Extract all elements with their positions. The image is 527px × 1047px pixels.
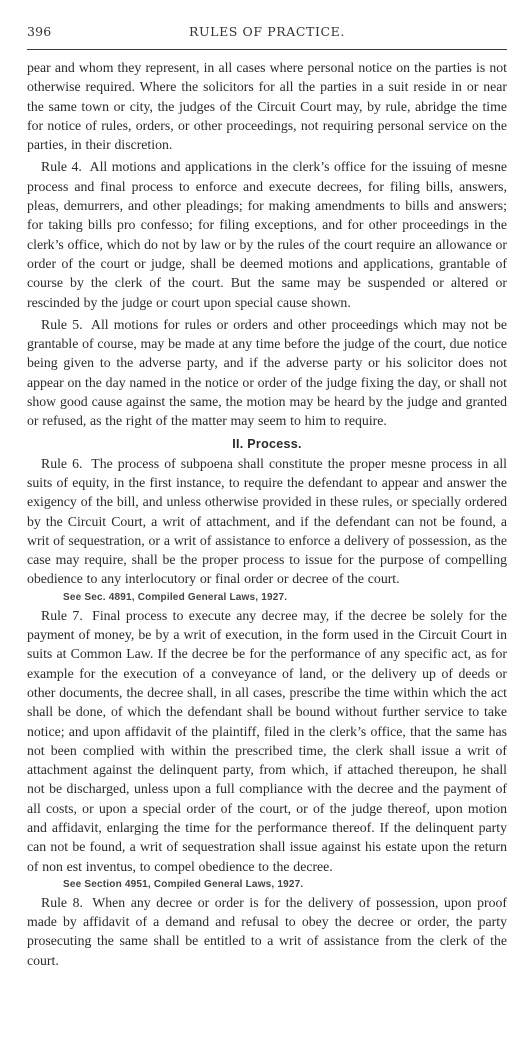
rule-4-paragraph: Rule 4. All motions and applications in … <box>27 157 507 311</box>
rule-7-paragraph: Rule 7. Final process to execute any dec… <box>27 606 507 876</box>
continued-paragraph: pear and whom they represent, in all cas… <box>27 58 507 154</box>
page-number: 396 <box>27 24 67 39</box>
rule-label: Rule 5. <box>41 317 83 332</box>
rule-text: When any decree or order is for the deli… <box>27 895 507 968</box>
rule-text: Final process to execute any decree may,… <box>27 608 507 874</box>
section-heading: II. Process. <box>27 437 507 451</box>
statute-citation: See Sec. 4891, Compiled General Laws, 19… <box>63 592 507 603</box>
rule-6-paragraph: Rule 6. The process of subpoena shall co… <box>27 454 507 589</box>
header-rule-divider <box>27 49 507 50</box>
rule-label: Rule 8. <box>41 895 83 910</box>
running-header: 396 RULES OF PRACTICE. <box>27 24 507 44</box>
rule-label: Rule 6. <box>41 456 82 471</box>
document-page: 396 RULES OF PRACTICE. pear and whom the… <box>27 24 507 970</box>
statute-citation: See Section 4951, Compiled General Laws,… <box>63 879 507 890</box>
rule-text: All motions for rules or orders and othe… <box>27 317 507 428</box>
rule-text: All motions and applications in the cler… <box>27 159 507 309</box>
rule-8-paragraph: Rule 8. When any decree or order is for … <box>27 893 507 970</box>
running-title: RULES OF PRACTICE. <box>67 24 467 39</box>
rule-5-paragraph: Rule 5. All motions for rules or orders … <box>27 315 507 431</box>
rule-label: Rule 7. <box>41 608 83 623</box>
rule-label: Rule 4. <box>41 159 82 174</box>
rule-text: The process of subpoena shall constitute… <box>27 456 507 587</box>
